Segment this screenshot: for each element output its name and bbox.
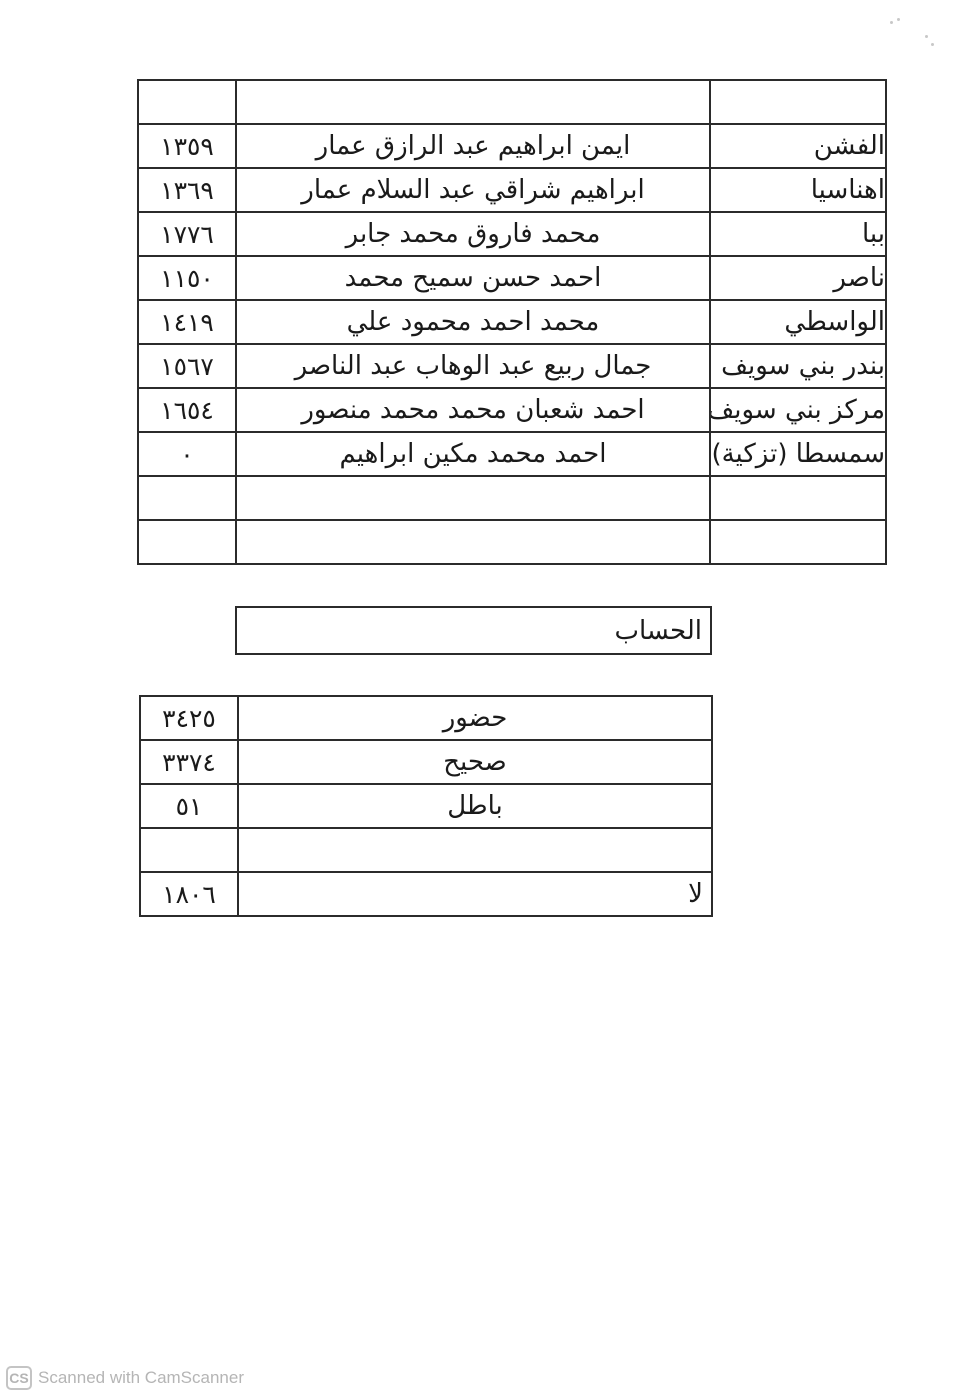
votes-cell: ١٦٥٤ bbox=[138, 388, 236, 432]
votes-cell: ١١٥٠ bbox=[138, 256, 236, 300]
votes-cell: ١٣٦٩ bbox=[138, 168, 236, 212]
summary-value: ١٨٠٦ bbox=[140, 872, 238, 916]
summary-row: ٣٤٢٥ حضور bbox=[140, 696, 712, 740]
table-row: ١٦٥٤ احمد شعبان محمد محمد منصور مركز بني… bbox=[138, 388, 886, 432]
candidate-name-cell: احمد شعبان محمد محمد منصور bbox=[236, 388, 710, 432]
table-row: ١٧٧٦ محمد فاروق محمد جابر ببا bbox=[138, 212, 886, 256]
candidate-name-cell bbox=[236, 476, 710, 520]
votes-cell bbox=[138, 476, 236, 520]
place-cell: ببا bbox=[711, 219, 885, 249]
table-header-row bbox=[138, 80, 886, 124]
summary-label: باطل bbox=[238, 784, 712, 828]
votes-cell: ١٥٦٧ bbox=[138, 344, 236, 388]
header-name-cell bbox=[236, 80, 710, 124]
table-row: ١١٥٠ احمد حسن سميح محمد ناصر bbox=[138, 256, 886, 300]
votes-cell: ١٧٧٦ bbox=[138, 212, 236, 256]
place-cell: الواسطي bbox=[711, 307, 885, 337]
table-row-empty bbox=[138, 520, 886, 564]
watermark-text: Scanned with CamScanner bbox=[38, 1368, 244, 1388]
camscanner-logo-icon: CS bbox=[6, 1366, 32, 1390]
summary-label: صحيح bbox=[238, 740, 712, 784]
summary-label: لا bbox=[238, 872, 712, 916]
candidates-table: ١٣٥٩ ايمن ابراهيم عبد الرازق عمار الفشن … bbox=[137, 79, 887, 565]
place-cell: مركز بني سويف bbox=[711, 395, 885, 425]
header-place-cell bbox=[710, 80, 886, 124]
candidate-name-cell: ابراهيم شراقي عبد السلام عمار bbox=[236, 168, 710, 212]
votes-cell: ١٣٥٩ bbox=[138, 124, 236, 168]
summary-row: ١٨٠٦ لا bbox=[140, 872, 712, 916]
candidate-name-cell: محمد احمد محمود علي bbox=[236, 300, 710, 344]
table-row: ١٥٦٧ جمال ربيع عبد الوهاب عبد الناصر بند… bbox=[138, 344, 886, 388]
table-row: ١٣٥٩ ايمن ابراهيم عبد الرازق عمار الفشن bbox=[138, 124, 886, 168]
header-number-cell bbox=[138, 80, 236, 124]
table-row: ١٤١٩ محمد احمد محمود علي الواسطي bbox=[138, 300, 886, 344]
table-row-empty bbox=[138, 476, 886, 520]
summary-row-empty bbox=[140, 828, 712, 872]
place-cell: بندر بني سويف bbox=[711, 351, 885, 381]
summary-value: ٥١ bbox=[140, 784, 238, 828]
summary-label: حضور bbox=[238, 696, 712, 740]
votes-cell: ١٤١٩ bbox=[138, 300, 236, 344]
candidate-name-cell: جمال ربيع عبد الوهاب عبد الناصر bbox=[236, 344, 710, 388]
candidate-name-cell: احمد حسن سميح محمد bbox=[236, 256, 710, 300]
summary-row: ٥١ باطل bbox=[140, 784, 712, 828]
camscanner-watermark: CS Scanned with CamScanner bbox=[6, 1366, 244, 1390]
summary-label bbox=[238, 828, 712, 872]
summary-value: ٣٤٢٥ bbox=[140, 696, 238, 740]
place-cell: ناصر bbox=[711, 263, 885, 293]
table-row: ١٣٦٩ ابراهيم شراقي عبد السلام عمار اهناس… bbox=[138, 168, 886, 212]
summary-value bbox=[140, 828, 238, 872]
place-cell: سمسطا (تزكية) bbox=[711, 439, 885, 469]
place-cell: اهناسيا bbox=[711, 175, 885, 205]
table-row: ٠ احمد محمد مكين ابراهيم سمسطا (تزكية) bbox=[138, 432, 886, 476]
votes-cell: ٠ bbox=[138, 432, 236, 476]
candidate-name-cell bbox=[236, 520, 710, 564]
candidate-name-cell: ايمن ابراهيم عبد الرازق عمار bbox=[236, 124, 710, 168]
candidate-name-cell: محمد فاروق محمد جابر bbox=[236, 212, 710, 256]
summary-heading: الحساب bbox=[236, 607, 711, 654]
place-cell: الفشن bbox=[711, 131, 885, 161]
summary-heading-box: الحساب bbox=[235, 606, 712, 655]
summary-row: ٣٣٧٤ صحيح bbox=[140, 740, 712, 784]
candidate-name-cell: احمد محمد مكين ابراهيم bbox=[236, 432, 710, 476]
votes-cell bbox=[138, 520, 236, 564]
scan-specks bbox=[885, 15, 945, 55]
summary-table: ٣٤٢٥ حضور ٣٣٧٤ صحيح ٥١ باطل ١٨٠٦ لا bbox=[139, 695, 713, 917]
summary-value: ٣٣٧٤ bbox=[140, 740, 238, 784]
